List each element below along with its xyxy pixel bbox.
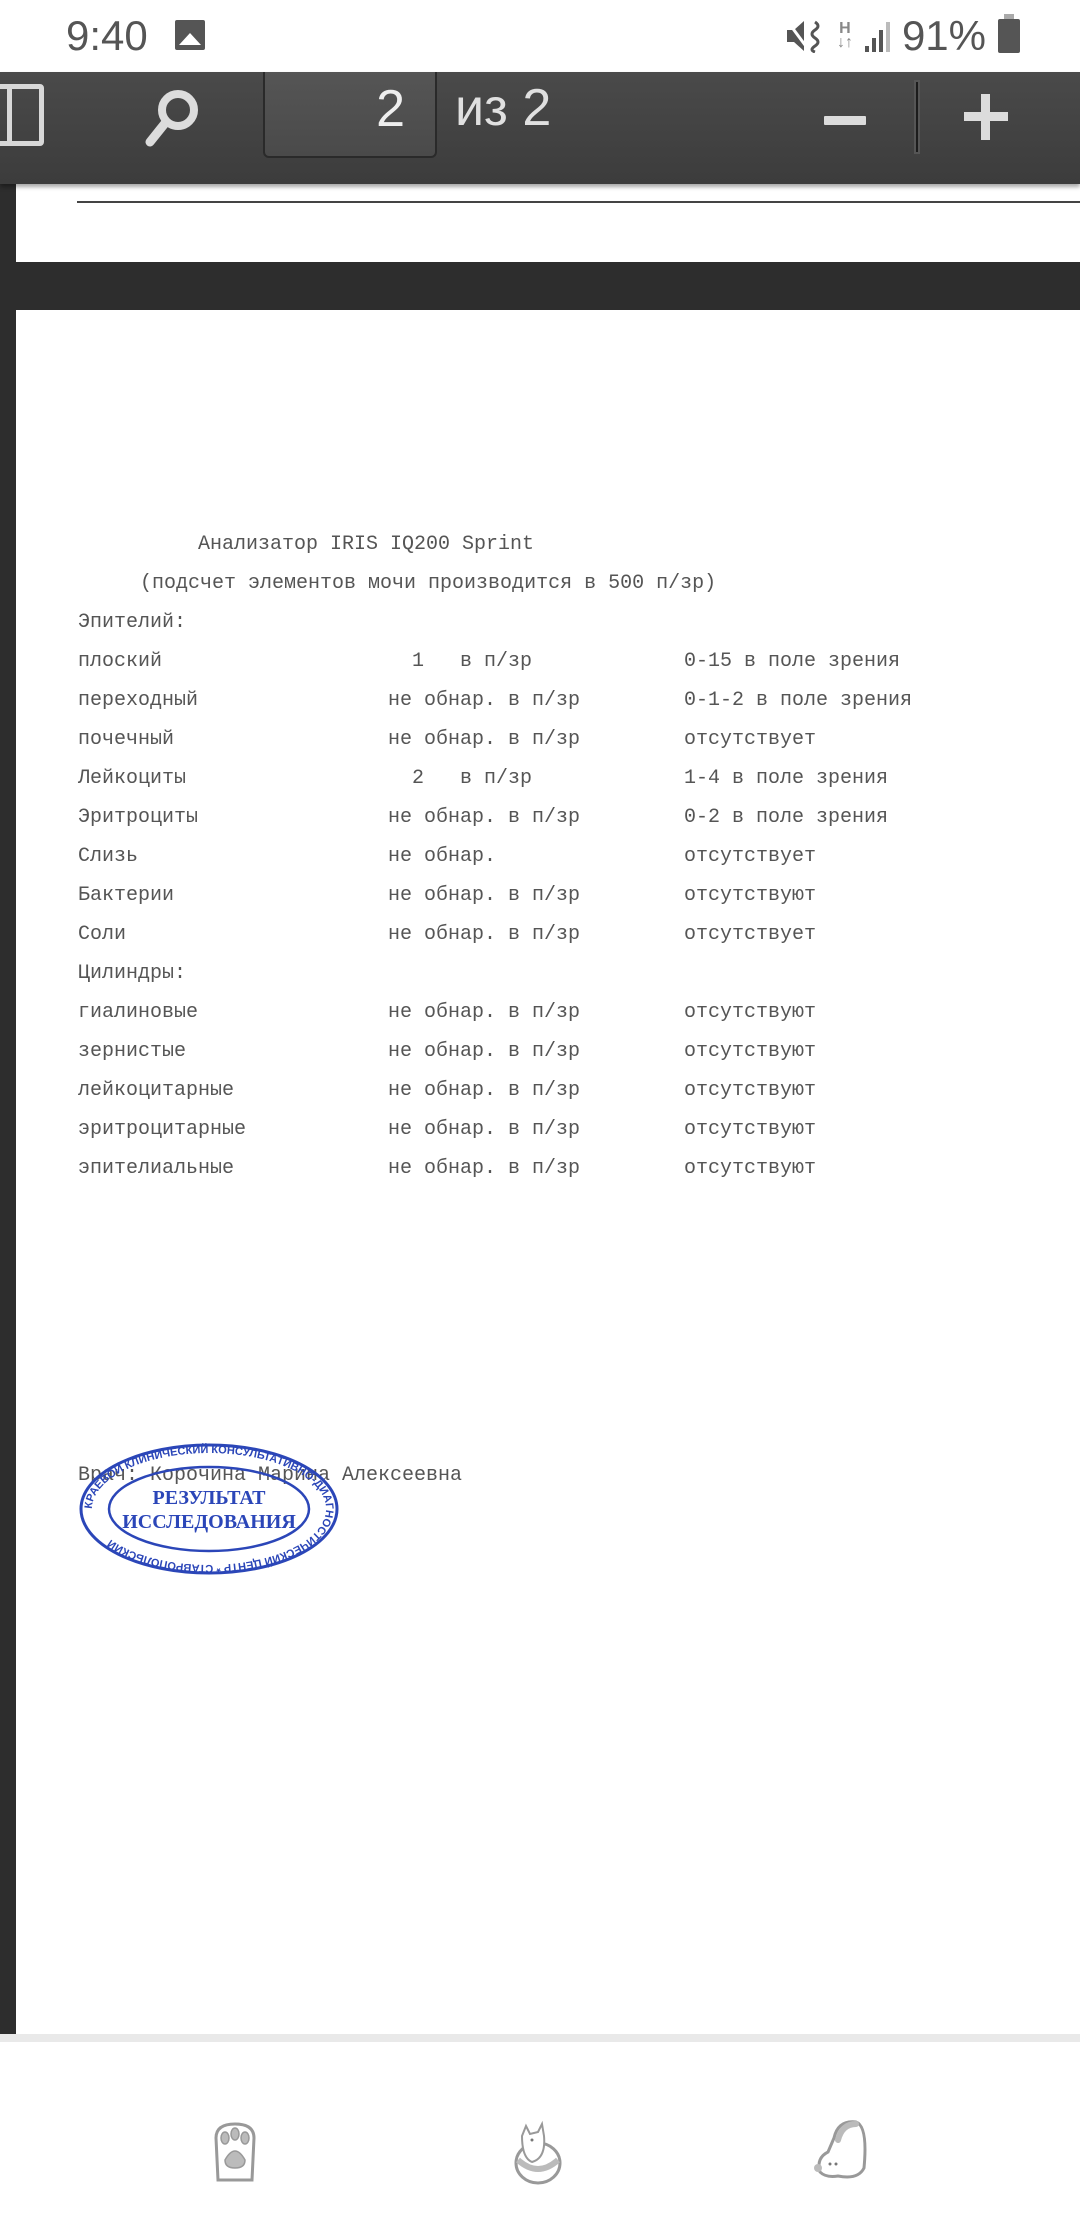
sidebar-panel-icon[interactable] (0, 84, 44, 146)
test-name: Бактерии (78, 883, 174, 909)
test-name: плоский (78, 649, 162, 675)
stamp-line-2: ИССЛЕДОВАНИЯ (122, 1511, 296, 1533)
page-number-box[interactable] (263, 72, 437, 158)
image-notification-icon (175, 20, 205, 50)
lab-report: Анализатор IRIS IQ200 Sprint (подсчет эл… (78, 310, 150, 471)
test-name: почечный (78, 727, 174, 753)
reference-range: отсутствуют (684, 883, 816, 909)
section-header: Эпителий: (78, 610, 186, 636)
result-row: Эритроцитыне обнар. в п/зр0-2 в поле зре… (78, 805, 978, 831)
test-name: эпителиальные (78, 1156, 234, 1182)
network-type-indicator: H ↓↑ (837, 22, 853, 50)
pdf-toolbar: из 2 (0, 72, 1080, 184)
result-row: плоский 1 в п/зр0-15 в поле зрения (78, 649, 978, 675)
reference-range: отсутствуют (684, 1117, 816, 1143)
test-name: Соли (78, 922, 126, 948)
toolbar-divider (914, 80, 920, 154)
test-name: зернистые (78, 1039, 186, 1065)
section-header: Цилиндры: (78, 961, 186, 987)
reference-range: 1-4 в поле зрения (684, 766, 888, 792)
status-icons: H ↓↑ 91% (785, 10, 1020, 62)
previous-page-bottom (16, 184, 1080, 262)
test-name: Лейкоциты (78, 766, 186, 792)
result-row: эпителиальныене обнар. в п/зротсутствуют (78, 1156, 978, 1182)
battery-icon (998, 19, 1020, 53)
bottom-divider (0, 2034, 1080, 2042)
status-time: 9:40 (66, 12, 148, 60)
result-row: переходныйне обнар. в п/зр0-1-2 в поле з… (78, 688, 978, 714)
test-name: переходный (78, 688, 198, 714)
reference-range: отсутствует (684, 727, 816, 753)
test-value: не обнар. в п/зр (388, 1039, 580, 1065)
page-2: Анализатор IRIS IQ200 Sprint (подсчет эл… (16, 310, 1080, 2034)
test-value: не обнар. в п/зр (388, 1078, 580, 1104)
navigation-bar (0, 2042, 1080, 2220)
test-value: не обнар. в п/зр (388, 883, 580, 909)
reference-range: отсутствуют (684, 1156, 816, 1182)
data-arrows-icon: ↓↑ (837, 36, 853, 50)
reference-range: 0-2 в поле зрения (684, 805, 888, 831)
document-viewer[interactable]: Анализатор IRIS IQ200 Sprint (подсчет эл… (0, 184, 1080, 2034)
test-value: не обнар. в п/зр (388, 805, 580, 831)
page-number-input[interactable] (283, 78, 407, 140)
test-value: не обнар. в п/зр (388, 1156, 580, 1182)
result-row: зернистыене обнар. в п/зротсутствуют (78, 1039, 978, 1065)
test-name: эритроцитарные (78, 1117, 246, 1143)
cat-paw-icon[interactable] (200, 2118, 270, 2188)
test-value: не обнар. в п/зр (388, 727, 580, 753)
test-name: Слизь (78, 844, 138, 870)
result-row: Солине обнар. в п/зротсутствует (78, 922, 978, 948)
test-value: 2 в п/зр (388, 766, 532, 792)
reference-range: отсутствует (684, 922, 816, 948)
test-value: не обнар. в п/зр (388, 922, 580, 948)
test-value: 1 в п/зр (388, 649, 532, 675)
test-value: не обнар. (388, 844, 496, 870)
result-row: Лейкоциты 2 в п/зр1-4 в поле зрения (78, 766, 978, 792)
zoom-out-button[interactable] (820, 102, 870, 142)
reference-range: отсутствуют (684, 1078, 816, 1104)
reference-range: отсутствует (684, 844, 816, 870)
test-name: гиалиновые (78, 1000, 198, 1026)
horizontal-rule (77, 201, 1080, 203)
test-value: не обнар. в п/зр (388, 1000, 580, 1026)
result-row: Бактериине обнар. в п/зротсутствуют (78, 883, 978, 909)
result-row: эритроцитарныене обнар. в п/зротсутствую… (78, 1117, 978, 1143)
test-value: не обнар. в п/зр (388, 1117, 580, 1143)
cat-in-bed-icon[interactable] (502, 2118, 572, 2188)
battery-percent: 91% (902, 12, 986, 60)
status-bar: 9:40 H ↓↑ 91% (0, 0, 1080, 72)
reference-range: отсутствуют (684, 1000, 816, 1026)
result-row: почечныйне обнар. в п/зротсутствует (78, 727, 978, 753)
stamp: КРАЕВОЙ КЛИНИЧЕСКИЙ КОНСУЛЬТАТИВНО-ДИАГН… (78, 1442, 340, 1576)
test-value: не обнар. в п/зр (388, 688, 580, 714)
test-name: лейкоцитарные (78, 1078, 234, 1104)
reference-range: 0-1-2 в поле зрения (684, 688, 912, 714)
report-title: Анализатор IRIS IQ200 Sprint (198, 532, 534, 558)
result-row: лейкоцитарныене обнар. в п/зротсутствуют (78, 1078, 978, 1104)
report-subtitle: (подсчет элементов мочи производится в 5… (140, 571, 716, 597)
page-count-label: из 2 (455, 78, 551, 138)
test-name: Эритроциты (78, 805, 198, 831)
reference-range: 0-15 в поле зрения (684, 649, 900, 675)
result-row: гиалиновыене обнар. в п/зротсутствуют (78, 1000, 978, 1026)
signal-icon (865, 20, 890, 52)
stamp-line-1: РЕЗУЛЬТАТ (153, 1487, 267, 1509)
reference-range: отсутствуют (684, 1039, 816, 1065)
search-icon[interactable] (138, 82, 208, 152)
zoom-in-button[interactable] (960, 92, 1010, 142)
stretching-cat-icon[interactable] (808, 2118, 878, 2188)
result-row: Слизьне обнар.отсутствует (78, 844, 978, 870)
vibrate-mute-icon (785, 19, 825, 53)
